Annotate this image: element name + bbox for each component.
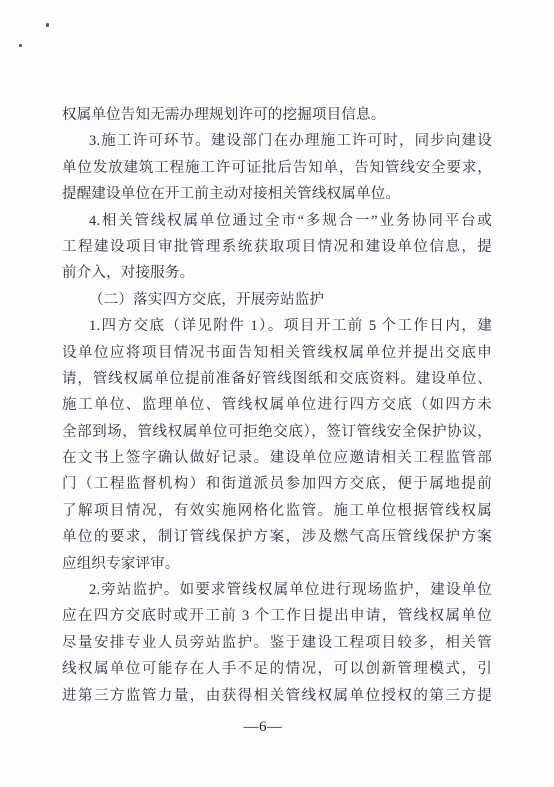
scan-artifact-dot — [46, 23, 49, 27]
text-line: 提醒建设单位在开工前主动对接相关管线权属单位。 — [62, 181, 492, 207]
text-line: 4.相关管线权属单位通过全市“多规合一”业务协同平台或 — [62, 208, 492, 234]
text-line: 1.四方交底（详见附件 1）。项目开工前 5 个工作日内，建 — [62, 313, 492, 339]
text-line: 前介入，对接服务。 — [62, 260, 492, 286]
text-line: 设单位应将项目情况书面告知相关管线权属单位并提出交底申 — [62, 340, 492, 366]
text-line: 3.施工许可环节。建设部门在办理施工许可时，同步向建设 — [62, 128, 492, 154]
text-line: 权属单位告知无需办理规划许可的挖掘项目信息。 — [62, 102, 492, 128]
scan-artifact-dot — [19, 44, 22, 47]
text-line: 了解项目情况，有效实施网格化监管。施工单位根据管线权属 — [62, 498, 492, 524]
text-line: 在文书上签字确认做好记录。建设单位应邀请相关工程监管部 — [62, 445, 492, 471]
document-body: 权属单位告知无需办理规划许可的挖掘项目信息。 3.施工许可环节。建设部门在办理施… — [62, 102, 492, 709]
text-line: 单位的要求，制订管线保护方案，涉及燃气高压管线保护方案 — [62, 524, 492, 550]
text-line: 线权属单位可能存在人手不足的情况，可以创新管理模式，引 — [62, 656, 492, 682]
text-line: 门（工程监督机构）和街道派员参加四方交底，便于属地提前 — [62, 471, 492, 497]
text-line: 施工单位、监理单位、管线权属单位进行四方交底（如四方未 — [62, 392, 492, 418]
text-line: 2.旁站监护。如要求管线权属单位进行现场监护，建设单位 — [62, 577, 492, 603]
text-line: 尽量安排专业人员旁站监护。鉴于建设工程项目较多，相关管 — [62, 630, 492, 656]
text-line: 应组织专家评审。 — [62, 551, 492, 577]
text-line: 进第三方监管力量，由获得相关管线权属单位授权的第三方提 — [62, 683, 492, 709]
text-line: 请，管线权属单位提前准备好管线图纸和交底资料。建设单位、 — [62, 366, 492, 392]
text-line: 单位发放建筑工程施工许可证批后告知单，告知管线安全要求， — [62, 155, 492, 181]
page-number: —6— — [0, 719, 526, 736]
document-page: 权属单位告知无需办理规划许可的挖掘项目信息。 3.施工许可环节。建设部门在办理施… — [0, 0, 554, 787]
text-line: 全部到场，管线权属单位可拒绝交底），签订管线安全保护协议， — [62, 419, 492, 445]
section-heading: （二）落实四方交底，开展旁站监护 — [62, 287, 492, 313]
text-line: 应在四方交底时或开工前 3 个工作日提出申请，管线权属单位 — [62, 603, 492, 629]
text-line: 工程建设项目审批管理系统获取项目情况和建设单位信息，提 — [62, 234, 492, 260]
